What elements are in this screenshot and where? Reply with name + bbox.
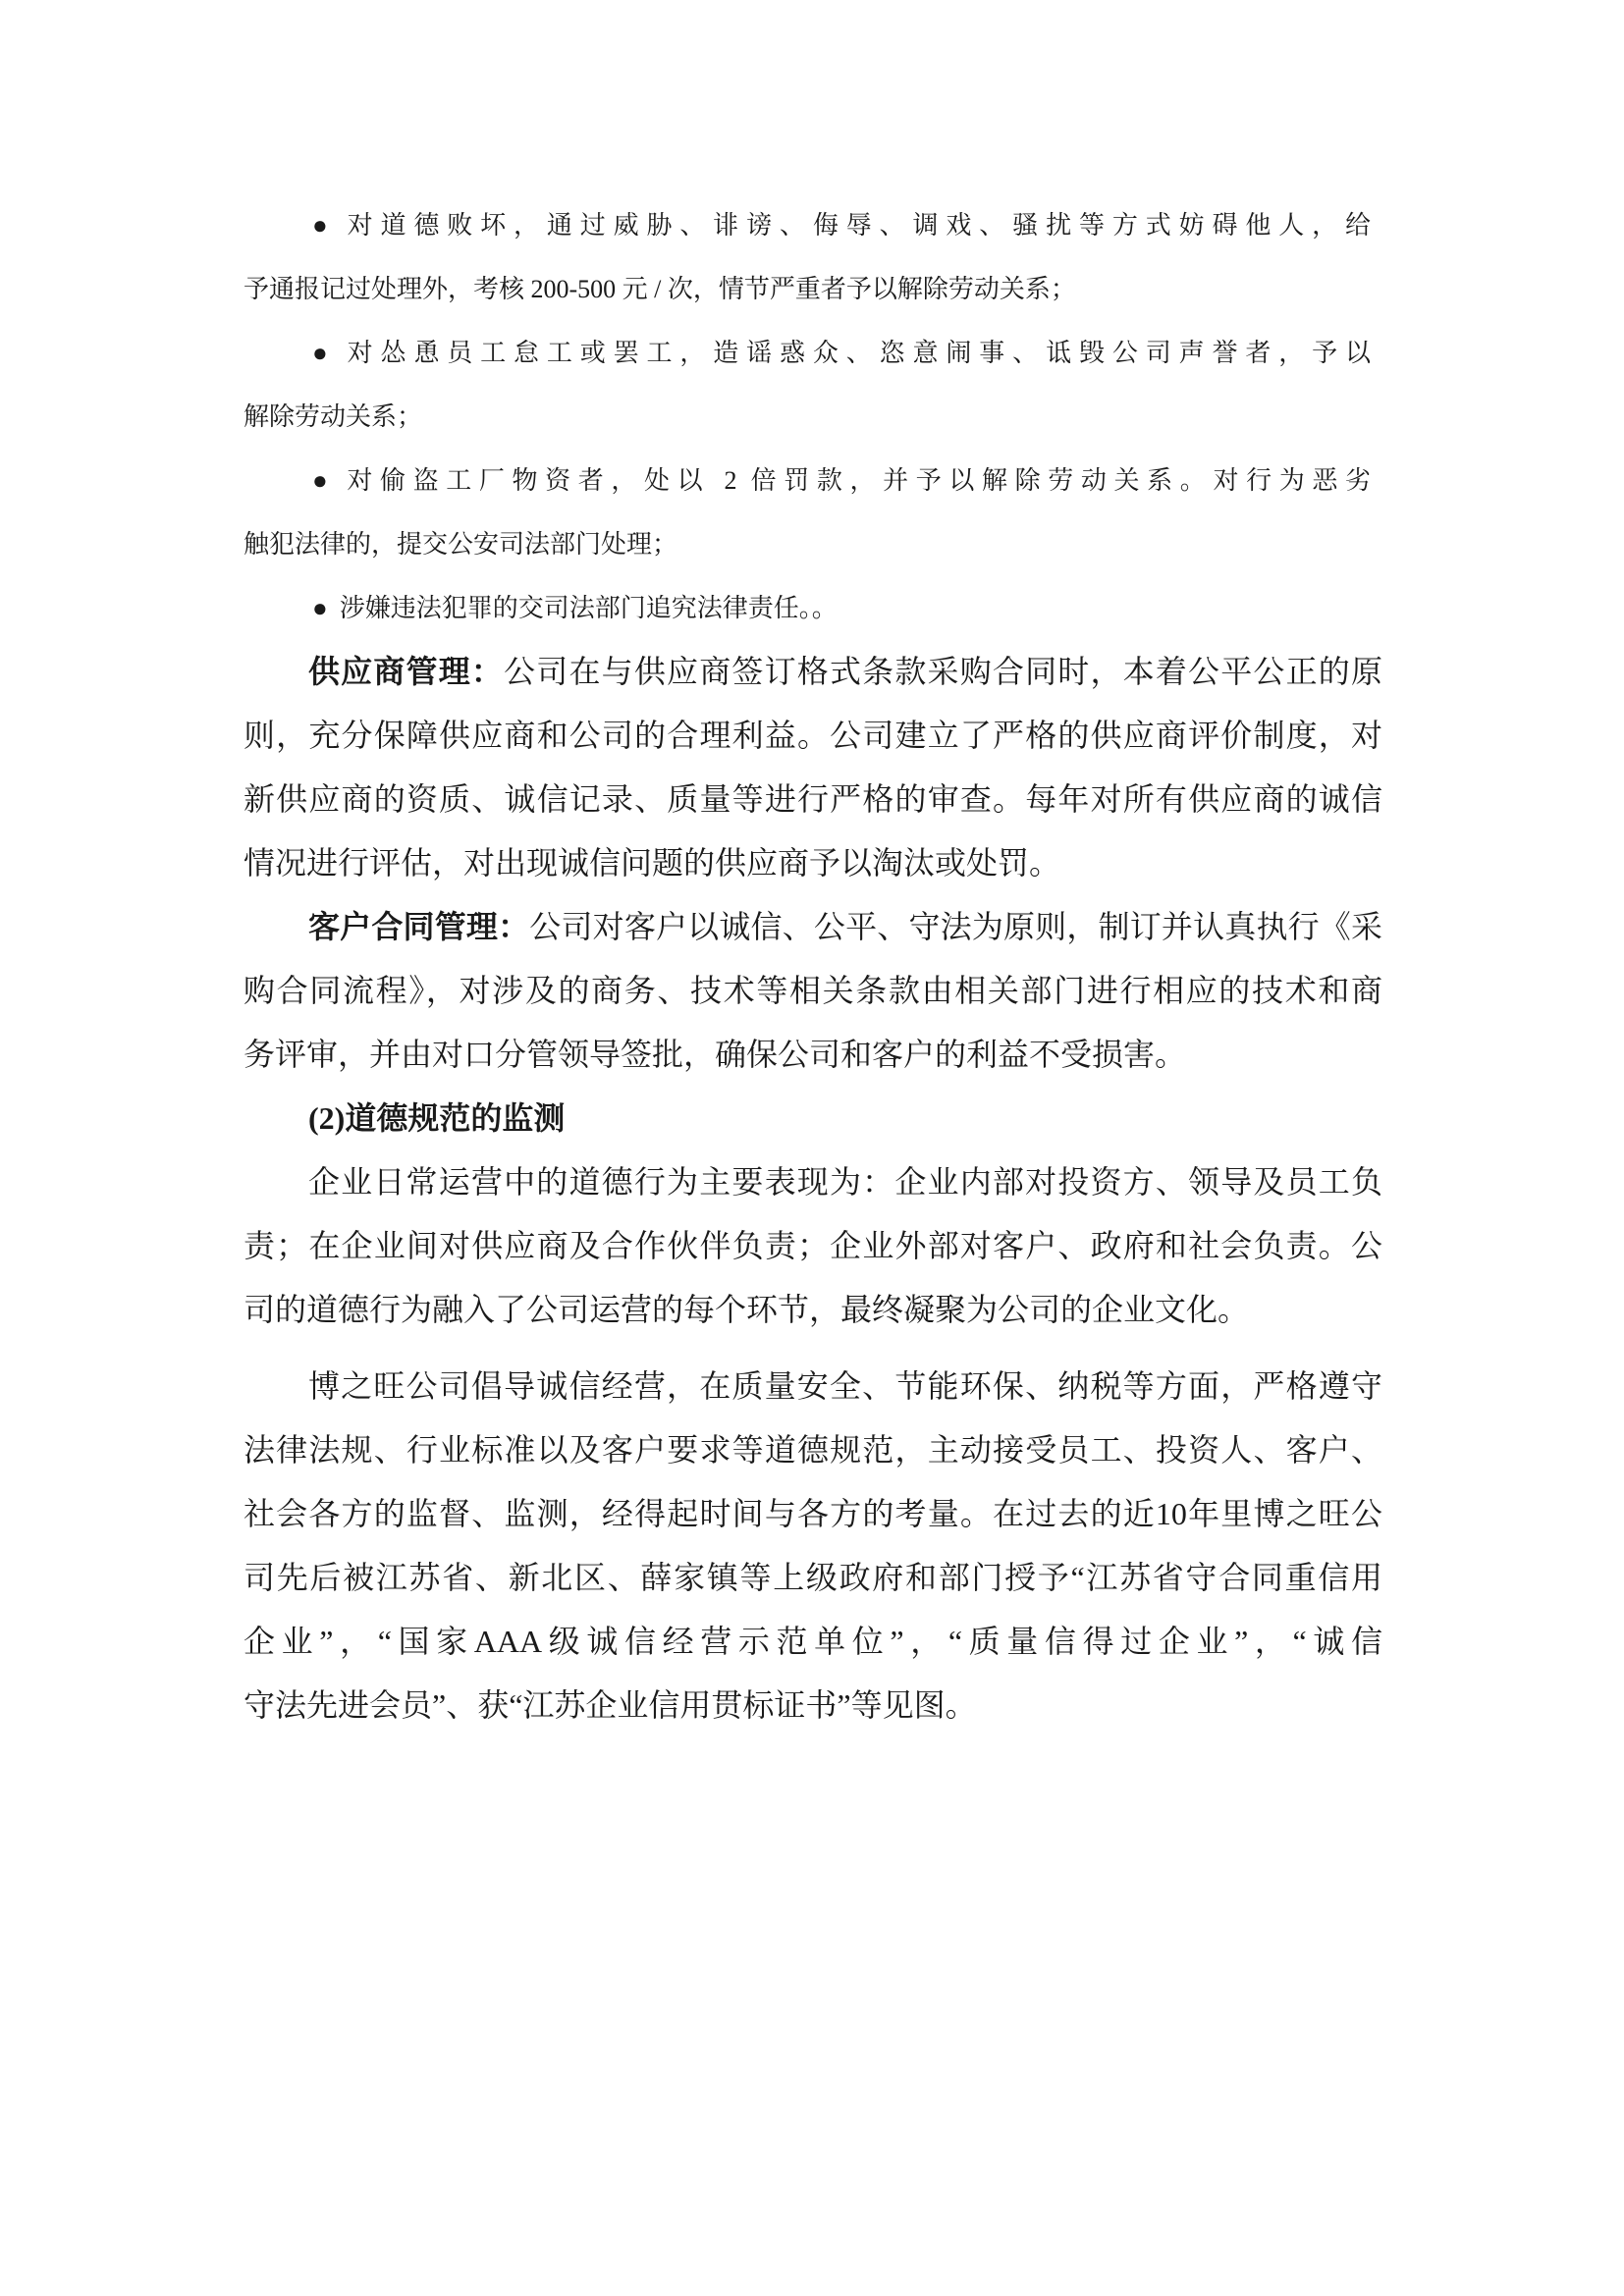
text-line: 司先后被江苏省、新北区、薛家镇等上级政府和部门授予“江苏省守合同重信用 [244,1546,1382,1610]
bullet-paragraph: ●对偷盗工厂物资者，处以 2 倍罚款，并予以解除劳动关系。对行为恶劣触犯法律的，… [244,449,1371,576]
bullet-paragraph: ●对怂恿员工怠工或罢工，造谣惑众、恣意闹事、诋毁公司声誉者，予以解除劳动关系； [244,321,1371,449]
text-run: 守法先进会员”、获“江苏企业信用贯标证书”等见图。 [244,1687,977,1723]
text-line: ●对怂恿员工怠工或罢工，造谣惑众、恣意闹事、诋毁公司声誉者，予以 [244,321,1371,385]
bullet-paragraph: ●涉嫌违法犯罪的交司法部门追究法律责任。。 [244,576,1371,640]
text-line: 司的道德行为融入了公司运营的每个环节，最终凝聚为公司的企业文化。 [244,1278,1382,1342]
text-line: 务评审，并由对口分管领导签批，确保公司和客户的利益不受损害。 [244,1023,1382,1087]
bullet-icon: ● [312,466,335,495]
text-run: 涉嫌违法犯罪的交司法部门追究法律责任。。 [340,594,838,622]
text-line: 情况进行评估，对出现诚信问题的供应商予以淘汰或处罚。 [244,831,1382,895]
text-line: ●涉嫌违法犯罪的交司法部门追究法律责任。。 [244,576,1371,640]
text-line: (2)道德规范的监测 [244,1087,1382,1150]
bullet-icon: ● [312,339,336,367]
text-line: 新供应商的资质、诚信记录、质量等进行严格的审查。每年对所有供应商的诚信 [244,768,1382,831]
text-run: 新供应商的资质、诚信记录、质量等进行严格的审查。每年对所有供应商的诚信 [244,781,1382,817]
text-run: 责；在企业间对供应商及合作伙伴负责；企业外部对客户、政府和社会负责。公 [244,1228,1382,1263]
text-run: 司的道德行为融入了公司运营的每个环节，最终凝聚为公司的企业文化。 [244,1292,1249,1327]
text-run: 予通报记过处理外，考核 200-500 元 / 次，情节严重者予以解除劳动关系； [244,275,1076,303]
body-paragraph: 企业日常运营中的道德行为主要表现为：企业内部对投资方、领导及员工负责；在企业间对… [244,1150,1382,1342]
bold-text-run: (2)道德规范的监测 [308,1100,565,1136]
text-line: ●对偷盗工厂物资者，处以 2 倍罚款，并予以解除劳动关系。对行为恶劣 [244,449,1371,512]
text-run: 对道德败坏，通过威胁、诽谤、侮辱、调戏、骚扰等方式妨碍他人，给 [348,211,1371,240]
body-paragraph: 客户合同管理：公司对客户以诚信、公平、守法为原则，制订并认真执行《采购合同流程》… [244,895,1382,1087]
bold-text-run: 客户合同管理： [308,909,529,944]
text-line: 触犯法律的，提交公安司法部门处理； [244,512,1371,576]
text-run: 博之旺公司倡导诚信经营，在质量安全、节能环保、纳税等方面，严格遵守 [308,1368,1382,1404]
bold-text-run: 供应商管理： [308,654,504,689]
text-line: 博之旺公司倡导诚信经营，在质量安全、节能环保、纳税等方面，严格遵守 [244,1355,1382,1418]
text-run: 公司在与供应商签订格式条款采购合同时，本着公平公正的原 [504,654,1382,689]
text-line: 客户合同管理：公司对客户以诚信、公平、守法为原则，制订并认真执行《采 [244,895,1382,959]
text-run: 情况进行评估，对出现诚信问题的供应商予以淘汰或处罚。 [244,845,1060,881]
text-line: 责；在企业间对供应商及合作伙伴负责；企业外部对客户、政府和社会负责。公 [244,1214,1382,1278]
body-paragraph: 博之旺公司倡导诚信经营，在质量安全、节能环保、纳税等方面，严格遵守法律法规、行业… [244,1355,1382,1737]
text-run: 对怂恿员工怠工或罢工，造谣惑众、恣意闹事、诋毁公司声誉者，予以 [348,339,1371,367]
text-line: 供应商管理：公司在与供应商签订格式条款采购合同时，本着公平公正的原 [244,640,1382,704]
text-run: 则，充分保障供应商和公司的合理利益。公司建立了严格的供应商评价制度，对 [244,718,1382,753]
text-run: 务评审，并由对口分管领导签批，确保公司和客户的利益不受损害。 [244,1037,1186,1072]
body-paragraph: 供应商管理：公司在与供应商签订格式条款采购合同时，本着公平公正的原则，充分保障供… [244,640,1382,895]
section-heading: (2)道德规范的监测 [244,1087,1382,1150]
bullet-icon: ● [312,211,336,240]
text-run: 解除劳动关系； [244,402,422,431]
text-line: ●对道德败坏，通过威胁、诽谤、侮辱、调戏、骚扰等方式妨碍他人，给 [244,193,1371,257]
text-line: 企业”，“国家AAA级诚信经营示范单位”，“质量信得过企业”，“诚信 [244,1610,1382,1674]
text-run: 社会各方的监督、监测，经得起时间与各方的考量。在过去的近10年里博之旺公 [244,1496,1382,1531]
text-line: 解除劳动关系； [244,385,1371,449]
text-line: 予通报记过处理外，考核 200-500 元 / 次，情节严重者予以解除劳动关系； [244,257,1371,321]
document-body: ●对道德败坏，通过威胁、诽谤、侮辱、调戏、骚扰等方式妨碍他人，给予通报记过处理外… [244,193,1382,1737]
text-run: 司先后被江苏省、新北区、薛家镇等上级政府和部门授予“江苏省守合同重信用 [244,1560,1382,1595]
text-line: 则，充分保障供应商和公司的合理利益。公司建立了严格的供应商评价制度，对 [244,704,1382,768]
bullet-icon: ● [312,594,328,622]
text-run: 对偷盗工厂物资者，处以 2 倍罚款，并予以解除劳动关系。对行为恶劣 [347,466,1371,495]
text-run: 法律法规、行业标准以及客户要求等道德规范，主动接受员工、投资人、客户、 [244,1432,1382,1468]
text-line: 企业日常运营中的道德行为主要表现为：企业内部对投资方、领导及员工负 [244,1150,1382,1214]
text-run: 公司对客户以诚信、公平、守法为原则，制订并认真执行《采 [529,909,1382,944]
text-line: 购合同流程》，对涉及的商务、技术等相关条款由相关部门进行相应的技术和商 [244,959,1382,1023]
text-run: 触犯法律的，提交公安司法部门处理； [244,530,677,559]
document-page: ●对道德败坏，通过威胁、诽谤、侮辱、调戏、骚扰等方式妨碍他人，给予通报记过处理外… [0,0,1624,2296]
bullet-paragraph: ●对道德败坏，通过威胁、诽谤、侮辱、调戏、骚扰等方式妨碍他人，给予通报记过处理外… [244,193,1371,321]
text-run: 企业日常运营中的道德行为主要表现为：企业内部对投资方、领导及员工负 [308,1164,1382,1200]
text-run: 企业”，“国家AAA级诚信经营示范单位”，“质量信得过企业”，“诚信 [244,1624,1382,1659]
text-line: 法律法规、行业标准以及客户要求等道德规范，主动接受员工、投资人、客户、 [244,1418,1382,1482]
text-line: 守法先进会员”、获“江苏企业信用贯标证书”等见图。 [244,1674,1382,1737]
text-run: 购合同流程》，对涉及的商务、技术等相关条款由相关部门进行相应的技术和商 [244,973,1382,1008]
text-line: 社会各方的监督、监测，经得起时间与各方的考量。在过去的近10年里博之旺公 [244,1482,1382,1546]
